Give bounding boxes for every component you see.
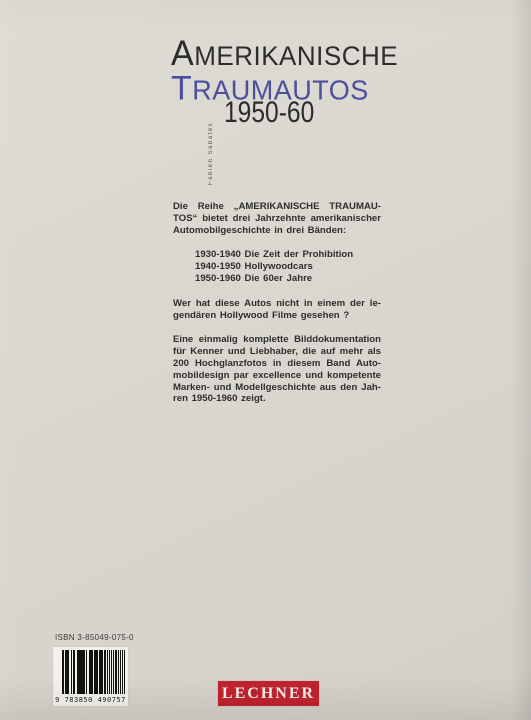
blurb-line: Eine einmalig komplette Bilddokumentatio…	[173, 334, 381, 346]
title-main-initial: T	[171, 69, 192, 108]
description-text: Die Reihe „AMERIKANISCHE TRAUMAU-TOS“ bi…	[173, 201, 381, 405]
barcode-digits: 9 783850 490757	[53, 696, 128, 704]
blurb-line: Die Reihe „AMERIKANISCHE TRAUMAU-	[173, 201, 381, 213]
blurb-line: für Kenner und Liebhaber, die auf mehr a…	[173, 346, 381, 358]
author-name-vertical: Fabien Sabatès	[208, 97, 214, 185]
book-back-cover: AMERIKANISCHE TRAUMAUTOS Fabien Sabatès …	[0, 0, 531, 720]
publisher-logo-text: LECHNER	[222, 685, 315, 703]
barcode-bars	[62, 650, 124, 694]
blurb-line: mobildesign par excellence und kompetent…	[173, 370, 381, 382]
blurb-line: 200 Hochglanzfotos in diesem Band Auto-	[173, 358, 381, 370]
publisher-logo: LECHNER	[218, 681, 319, 706]
blurb-line: TOS“ bietet drei Jahrzehnte amerikanisch…	[173, 213, 381, 225]
list-line: 1950-1960 Die 60er Jahre	[195, 273, 381, 285]
title-years: 1950-60	[224, 99, 314, 126]
blurb-line: gendären Hollywood Filme gesehen ?	[173, 310, 381, 322]
blurb-line: Wer hat diese Autos nicht in einem der l…	[173, 298, 381, 310]
volumes-list: 1930-1940 Die Zeit der Prohibition1940-1…	[195, 249, 381, 284]
title-series: AMERIKANISCHE	[171, 38, 398, 70]
blurb-line: ren 1950-1960 zeigt.	[173, 393, 381, 405]
barcode: 9 783850 490757	[53, 647, 128, 706]
barcode-module	[124, 650, 125, 694]
blurb-paragraph: Eine einmalig komplette Bilddokumentatio…	[173, 334, 381, 405]
blurb-line: Automobilgeschichte in drei Bänden:	[173, 225, 381, 237]
blurb-paragraph: Wer hat diese Autos nicht in einem der l…	[173, 298, 381, 322]
blurb-paragraph: Die Reihe „AMERIKANISCHE TRAUMAU-TOS“ bi…	[173, 201, 381, 236]
title-series-initial: A	[171, 34, 194, 74]
list-line: 1930-1940 Die Zeit der Prohibition	[195, 249, 381, 261]
isbn-text: ISBN 3-85049-075-0	[55, 633, 134, 642]
title-series-rest: MERIKANISCHE	[194, 40, 398, 71]
blurb-line: Marken- und Modellgeschichte aus den Jah…	[173, 382, 381, 394]
list-line: 1940-1950 Hollywoodcars	[195, 261, 381, 273]
